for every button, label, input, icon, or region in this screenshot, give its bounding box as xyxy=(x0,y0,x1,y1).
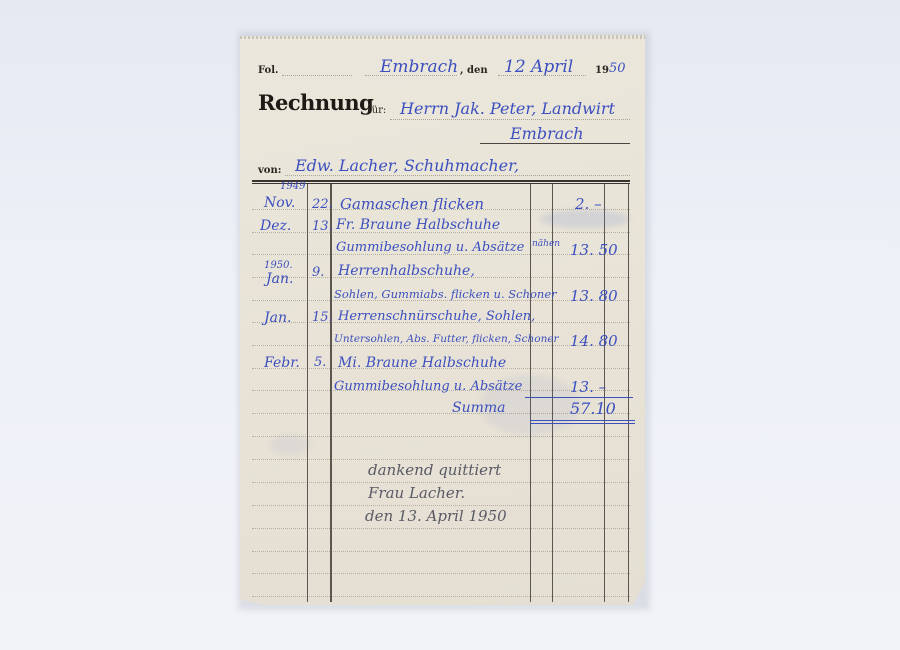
entry-description: Herrenhalbschuhe, xyxy=(338,263,475,279)
entry-day: 5. xyxy=(314,355,326,370)
sender-value: Edw. Lacher, Schuhmacher, xyxy=(295,156,519,175)
entry-description-2: Gummibesohlung u. Absätze xyxy=(334,379,522,394)
date-value: 12 April xyxy=(504,57,573,77)
sender-dotted-line xyxy=(285,175,630,176)
table-top-rule xyxy=(252,180,630,182)
year-note: 1950. xyxy=(264,260,293,271)
recipient-underline xyxy=(480,143,630,144)
recipient-line2: Embrach xyxy=(510,124,584,143)
receipt-line1: dankend quittiert xyxy=(368,461,501,479)
fol-label: Fol. xyxy=(258,65,279,76)
entry-amount: 13. 80 xyxy=(570,287,618,305)
entry-amount: 13. – xyxy=(570,378,606,396)
entry-description-2: Untersohlen, Abs. Futter, flicken, Schon… xyxy=(334,333,559,345)
entry-description: Fr. Braune Halbschuhe xyxy=(336,217,500,233)
entry-day: 15. xyxy=(312,310,333,325)
column-line-month xyxy=(307,184,308,602)
total-amount: 57.10 xyxy=(570,399,616,418)
column-line-rappen xyxy=(628,184,629,602)
entry-month: Febr. xyxy=(264,355,300,371)
recipient-line1: Herrn Jak. Peter, Landwirt xyxy=(400,99,615,118)
table-top-rule-thin xyxy=(252,183,630,184)
entry-description: Herrenschnürschuhe, Sohlen, xyxy=(338,309,535,324)
recipient-label: für: xyxy=(368,105,386,116)
sender-label: von: xyxy=(258,165,281,176)
invoice-paper: Fol. Embrach , den 12 April 19 50 Rechnu… xyxy=(240,35,645,605)
receipt-line2: Frau Lacher. xyxy=(368,484,465,502)
entry-description-2: Sohlen, Gummiabs. flicken u. Schoner xyxy=(334,287,557,301)
total-label: Summa xyxy=(452,400,506,416)
entry-month: Jan. xyxy=(266,271,293,287)
entry-description-2: Gummibesohlung u. Absätze xyxy=(336,240,524,255)
total-rule-top xyxy=(525,397,633,398)
entry-amount: 13. 50 xyxy=(570,241,618,259)
entry-amount: 2. – xyxy=(575,195,602,213)
entry-note: nähen xyxy=(532,239,560,249)
recipient-dotted-line xyxy=(390,119,630,120)
entry-day: 9. xyxy=(312,265,324,280)
receipt-line3: den 13. April 1950 xyxy=(365,507,507,525)
entry-month: Jan. xyxy=(264,310,291,326)
total-rule-double-2 xyxy=(530,423,635,424)
entry-description: Gamaschen flicken xyxy=(340,195,484,213)
entry-day: 13. xyxy=(312,219,333,234)
total-rule-double-1 xyxy=(530,420,635,421)
ink-bleed xyxy=(270,435,310,455)
place-value: Embrach xyxy=(380,57,458,77)
date-prefix: , den xyxy=(460,65,488,76)
entry-description: Mi. Braune Halbschuhe xyxy=(338,355,506,371)
year-handwritten: 50 xyxy=(609,61,626,76)
entry-month: Dez. xyxy=(260,218,291,234)
entry-day: 22. xyxy=(312,197,333,212)
entry-amount: 14. 80 xyxy=(570,332,618,350)
year-printed: 19 xyxy=(595,65,609,76)
document-title: Rechnung xyxy=(258,90,373,115)
column-line-day xyxy=(330,184,332,602)
entry-month: Nov. xyxy=(264,195,295,211)
year-note: 1949 xyxy=(280,181,305,192)
fol-dotted-line xyxy=(282,75,352,76)
